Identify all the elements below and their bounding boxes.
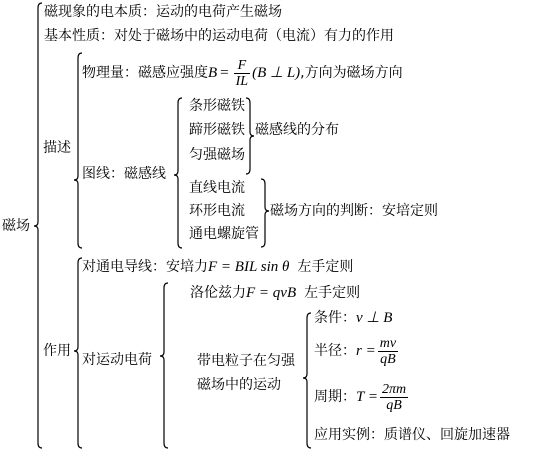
effect-label: 作用: [43, 343, 71, 359]
period-label: 周期：: [314, 389, 356, 405]
charge-brace: [160, 280, 170, 454]
motion-line1: 带电粒子在匀强: [197, 353, 295, 369]
root-label: 磁场: [2, 218, 30, 234]
describe-label: 描述: [43, 140, 71, 156]
group2-item-0: 直线电流: [189, 180, 245, 196]
charge-label: 对运动电荷: [82, 352, 152, 368]
group1-item-0: 条形磁铁: [189, 98, 245, 114]
field-lines-brace: [174, 95, 184, 250]
period-lhs: T =: [356, 389, 378, 405]
lorentz-prefix: 洛伦兹力: [190, 285, 246, 301]
group1-item-2: 匀强磁场: [189, 147, 245, 163]
radius-label: 半径：: [314, 343, 356, 359]
application-text: 应用实例：质谱仪、回旋加速器: [314, 427, 510, 443]
quantity-lhs: B: [208, 65, 217, 81]
quantity-fraction: FIL: [234, 58, 250, 89]
lorentz-formula: F = qvB: [246, 285, 296, 301]
radius-fraction: mvqB: [378, 336, 398, 367]
motion-line2: 磁场中的运动: [197, 377, 281, 393]
group2-close-brace: [259, 176, 269, 251]
lorentz-rule: 左手定则: [304, 285, 360, 301]
period-num: 2πm: [380, 382, 408, 398]
condition-formula: v ⊥ B: [356, 310, 392, 326]
condition-row: 条件：v ⊥ B: [314, 310, 392, 326]
graph-label: 图线：磁感线: [82, 166, 166, 182]
period-den: qB: [380, 398, 408, 413]
quantity-row: 物理量：磁感应强度B=FIL(B ⊥ L),方向为磁场方向: [82, 56, 403, 90]
quantity-eq: =: [220, 65, 228, 81]
root-brace: [34, 0, 44, 454]
lorentz-row: 洛伦兹力F = qvB左手定则: [190, 285, 360, 301]
quantity-prefix: 物理量：磁感应强度: [82, 65, 208, 81]
quantity-condition: (B ⊥ L): [252, 65, 300, 81]
quantity-suffix: ,方向为磁场方向: [300, 65, 402, 81]
wire-row: 对通电导线：安培力F = BIL sin θ左手定则: [82, 259, 353, 275]
group2-result: 磁场方向的判断：安培定则: [270, 203, 438, 219]
period-fraction: 2πmqB: [380, 382, 408, 413]
wire-prefix: 对通电导线：安培力: [82, 259, 208, 275]
condition-label: 条件：: [314, 310, 356, 326]
period-row: 周期：T =2πmqB: [314, 380, 410, 414]
group2-item-1: 环形电流: [189, 203, 245, 219]
radius-num: mv: [378, 336, 398, 352]
essence-text: 磁现象的电本质：运动的电荷产生磁场: [44, 4, 282, 20]
radius-row: 半径：r =mvqB: [314, 334, 400, 368]
radius-den: qB: [378, 352, 398, 367]
group2-item-2: 通电螺旋管: [189, 226, 259, 242]
quantity-num: F: [234, 58, 250, 74]
wire-rule: 左手定则: [297, 259, 353, 275]
group1-close-brace: [244, 95, 254, 180]
group1-result: 磁感线的分布: [255, 122, 339, 138]
property-text: 基本性质：对处于磁场中的运动电荷（电流）有力的作用: [44, 28, 394, 44]
radius-lhs: r =: [356, 343, 376, 359]
group1-item-1: 蹄形磁铁: [189, 122, 245, 138]
wire-formula: F = BIL sin θ: [208, 259, 289, 275]
motion-brace: [303, 310, 313, 454]
quantity-den: IL: [234, 74, 250, 89]
